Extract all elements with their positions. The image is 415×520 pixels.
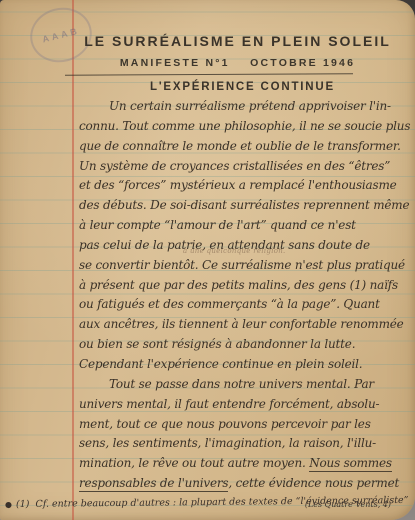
manuscript-line: ou fatigués et des commerçants “à la pag…: [79, 295, 413, 315]
manuscript-line: à présent que par des petits malins, des…: [79, 276, 413, 296]
manuscript-page: AAAB LE SURRÉALISME EN PLEIN SOLEIL MANI…: [0, 0, 415, 520]
manuscript-line: responsables de l'univers, cette évidenc…: [79, 474, 413, 494]
manuscript-line: aux ancêtres, ils tiennent à leur confor…: [79, 315, 413, 335]
manuscript-line: à leur compte “l'amour de l'art” quand c…: [79, 216, 413, 236]
manuscript-line: sens, les sentiments, l'imagination, la …: [79, 434, 413, 454]
manuscript-line: univers mental, il faut entendre forcéme…: [79, 395, 413, 415]
manuscript-line: ment, tout ce que nous pouvons percevoir…: [79, 415, 413, 435]
manuscript-line: mination, le rêve ou tout autre moyen. N…: [79, 454, 413, 474]
page-subtitle: MANIFESTE N°1 OCTOBRE 1946: [70, 57, 405, 69]
section-heading: L'EXPÉRIENCE CONTINUE: [75, 81, 410, 93]
manuscript-line: des débuts. De soi-disant surréalistes r…: [79, 196, 413, 216]
red-margin-line: [72, 0, 74, 520]
scanned-notebook-photo: AAAB LE SURRÉALISME EN PLEIN SOLEIL MANI…: [0, 0, 415, 520]
title-divider-line: [65, 73, 353, 76]
manuscript-line: pas celui de la patrie, en attendant san…: [79, 236, 413, 256]
footnote-reference: (Les Quatre Vents, 4): [305, 500, 391, 509]
footnote-bullet: ●: [5, 500, 12, 509]
manuscript-line: connu. Tout comme une philosophie, il ne…: [79, 117, 413, 137]
page-title: LE SURRÉALISME EN PLEIN SOLEIL: [70, 33, 405, 49]
manuscript-line: Un certain surréalisme prétend apprivois…: [79, 97, 413, 117]
manuscript-line: et des “forces” mystérieux a remplacé l'…: [79, 176, 413, 196]
footnote-marker: (1): [16, 499, 30, 510]
manuscript-line: ou bien se sont résignés à abandonner la…: [79, 335, 413, 355]
manuscript-line: Tout se passe dans notre univers mental.…: [79, 375, 413, 395]
manuscript-line: Un système de croyances cristallisées en…: [79, 157, 413, 177]
manuscript-line: se convertir bientôt. Ce surréalisme n'e…: [79, 256, 413, 276]
manuscript-line: que de connaître le monde et oublie de l…: [79, 137, 413, 157]
manuscript-line: Cependant l'expérience continue en plein…: [79, 355, 413, 375]
manuscript-body: Un certain surréalisme prétend apprivois…: [79, 97, 413, 494]
